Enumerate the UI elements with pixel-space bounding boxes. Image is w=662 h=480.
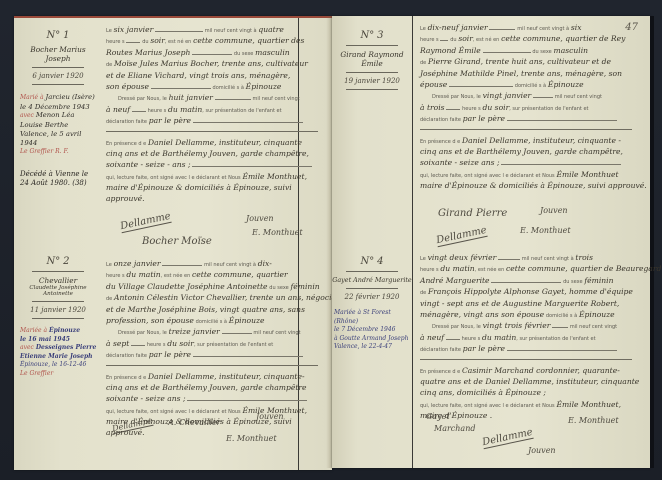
handwritten-child-name: André Marguerite — [420, 276, 490, 285]
printed-label: du sexe — [234, 51, 253, 57]
handwritten-hour: dix- — [258, 259, 272, 268]
margin-birth-date: 6 janvier 1920 — [18, 72, 98, 80]
left-page: N° 1 Bocher Marius Joseph 6 janvier 1920… — [14, 16, 332, 470]
margin-rule — [346, 72, 398, 73]
annotation-place: Épinouze — [49, 327, 80, 334]
printed-label: mil neuf cent vingt à — [205, 28, 257, 34]
handwritten-day: dix-neuf janvier — [428, 23, 488, 32]
handwritten-witnesses: cinq ans et de Barthélemy Jouven, garde … — [106, 149, 309, 158]
handwritten-father: Moïse Jules Marius Bocher, trente ans, c… — [114, 59, 308, 68]
annotation-clerk: Le Greffier — [20, 370, 98, 379]
handwritten-record-date: vingt trois février — [483, 321, 551, 330]
margin-birth-date: 22 février 1920 — [332, 293, 412, 301]
handwritten-closing: maire d'Épinouze & domiciliés à Épinouze… — [420, 181, 647, 190]
handwritten-declarant: par le père — [149, 116, 191, 125]
printed-label: déclaration faite — [106, 353, 147, 359]
printed-label: Dressé par Nous, le — [118, 330, 167, 336]
printed-label: heure s — [106, 39, 125, 45]
entry-1-signatures: Dellamme Bocher Moïse Jouven E. Monthuet — [106, 214, 318, 254]
entry-number: N° 3 — [332, 30, 412, 41]
handwritten-witnesses: soixante - seize ans ; — [106, 394, 186, 403]
handwritten-witnesses: Daniel Dellamme, instituteur, cinquante — [148, 138, 302, 147]
signature: E. Monthuet — [226, 434, 277, 443]
handwritten-witnesses: soixante - seize ans ; — [420, 158, 500, 167]
annotation-prefix: à — [334, 335, 338, 342]
annotation-label: Marié à — [20, 94, 44, 101]
handwritten-closing: approuvé. — [106, 194, 145, 203]
printed-label: , est né en — [165, 39, 192, 45]
printed-label: mil neuf cent vingt — [253, 330, 300, 336]
printed-label: mil neuf cent vingt à — [517, 26, 569, 32]
margin-entry-2: N° 2 Chevallier Claudette Joséphine Anto… — [18, 256, 98, 379]
margin-child-given-names: Claudette Joséphine Antoinette — [18, 285, 98, 297]
handwritten-mother: vingt - sept ans et de Augustine Marguer… — [420, 299, 619, 308]
handwritten-witnesses: Daniel Dellamme, instituteur, cinquante … — [462, 136, 621, 145]
handwritten-place: cette commune, quartier de Rey — [501, 34, 625, 43]
handwritten-day: vingt deux février — [428, 253, 497, 262]
handwritten-place: cette commune, quartier — [192, 270, 288, 279]
printed-label: du — [450, 37, 456, 43]
margin-rule — [346, 271, 398, 272]
printed-label: mil neuf cent vingt — [555, 94, 602, 100]
margin-child-surname: Chevallier — [18, 276, 98, 285]
margin-child-name: Girand Raymond Émile — [332, 50, 412, 68]
handwritten-record-period: du matin — [168, 105, 202, 114]
printed-label: heure s — [148, 108, 167, 114]
margin-birth-date: 11 janvier 1920 — [18, 306, 98, 314]
handwritten-record-date: huit janvier — [169, 93, 213, 102]
entry-2-body: Le onze janvier mil neuf cent vingt à di… — [106, 258, 318, 439]
signature: Jouven — [540, 206, 568, 215]
printed-label: heure s — [106, 273, 125, 279]
handwritten-record-date: treize janvier — [169, 327, 220, 336]
printed-label: domicilié s à — [196, 319, 227, 325]
printed-label: Le — [420, 26, 426, 32]
handwritten-relation: profession, son épouse — [106, 316, 194, 325]
handwritten-child-name: Routes Marius Joseph — [106, 48, 190, 57]
handwritten-mother: Joséphine Mathilde Pinel, trente ans, mé… — [420, 69, 622, 78]
entry-number: N° 1 — [18, 30, 98, 41]
handwritten-witnesses: cinq ans et de Barthélemy Jouven, garde … — [420, 147, 623, 156]
handwritten-record-hour: à sept — [106, 339, 129, 348]
margin-rule — [32, 318, 84, 319]
printed-label: Dressé par Nous, le — [432, 94, 481, 100]
handwritten-witnesses: soixante - seize - ans ; — [106, 160, 191, 169]
handwritten-sex: féminin — [291, 282, 320, 291]
printed-label: de — [420, 290, 426, 296]
margin-child-name: Bocher Marius Joseph — [18, 45, 98, 63]
entry-2-signatures: Dellamme A. Chevallier Jouven E. Monthue… — [106, 418, 318, 462]
annotation-label: Mariée à — [20, 327, 47, 334]
handwritten-witnesses: Daniel Dellamme, instituteur, cinquante- — [148, 372, 305, 381]
handwritten-declarant: par le père — [463, 114, 505, 123]
printed-label: déclaration faite — [420, 117, 461, 123]
margin-rule — [32, 301, 84, 302]
handwritten-record-hour: à neuf — [420, 333, 444, 342]
register-book: N° 1 Bocher Marius Joseph 6 janvier 1920… — [14, 16, 650, 468]
signature: Jouven — [246, 214, 274, 223]
annotation-label: Mariée à — [334, 309, 361, 316]
entry-4-signatures: Gayet Marchand Dellamme E. Monthuet Jouv… — [420, 410, 632, 466]
handwritten-mayor: Émile Monthuet — [556, 170, 618, 179]
printed-label: En présence d e — [106, 375, 146, 381]
annotation-place: Jarcieu (Isère) — [45, 93, 94, 101]
handwritten-domicile: Épinouze — [229, 316, 265, 325]
handwritten-mother: et de Eliane Vichard, vingt trois ans, m… — [106, 71, 290, 80]
marriage-annotation: Marié à Jarcieu (Isère) le 4 Décembre 19… — [18, 93, 98, 156]
handwritten-declarant: par le père — [149, 350, 191, 359]
signature: Jouven — [256, 412, 284, 421]
handwritten-mother: et de Marthe Joséphine Bois, vingt quatr… — [106, 305, 305, 314]
margin-rule — [346, 45, 398, 46]
printed-label: du sexe — [269, 285, 288, 291]
printed-label: de — [106, 62, 112, 68]
annotation-clerk: Le Greffier R. F. — [20, 148, 98, 157]
signature: Dellamme — [111, 416, 153, 434]
margin-rule — [32, 67, 84, 68]
printed-label: mil neuf cent vingt — [570, 324, 617, 330]
printed-label: heure s — [420, 267, 439, 273]
printed-label: heure s — [420, 37, 439, 43]
annotation-date: le 4 Décembre 1943 — [20, 103, 98, 112]
printed-label: En présence d e — [420, 139, 460, 145]
handwritten-period: du matin — [440, 264, 474, 273]
handwritten-witnesses: quatre ans et de Daniel Dellamme, instit… — [420, 377, 639, 386]
handwritten-record-period: du matin — [482, 333, 516, 342]
entry-number: N° 2 — [18, 256, 98, 267]
marriage-annotation: Mariée à St Forest (Rhône) le 7 Décembre… — [332, 309, 412, 352]
entry-3-signatures: Girand Pierre Dellamme Jouven E. Monthue… — [420, 202, 632, 252]
handwritten-period: du matin — [126, 270, 160, 279]
annotation-signature-line: Valence, le 22-4-47 — [334, 343, 412, 352]
printed-label: heure s — [462, 106, 481, 112]
margin-rule — [346, 288, 398, 289]
margin-entry-3: N° 3 Girand Raymond Émile 19 janvier 192… — [332, 30, 412, 94]
handwritten-domicile: Épinouze — [246, 82, 282, 91]
printed-label: du sexe — [563, 279, 582, 285]
printed-label: , est née en — [475, 267, 505, 273]
printed-label: , sur présentation de l'enfant et — [202, 108, 281, 114]
printed-label: Le — [420, 256, 426, 262]
handwritten-domicile: Épinouze — [548, 80, 584, 89]
handwritten-place: cette commune, quartier des — [193, 36, 304, 45]
handwritten-sex: masculin — [255, 48, 290, 57]
handwritten-relation: son épouse — [106, 82, 149, 91]
printed-label: , est née en — [161, 273, 191, 279]
printed-label: domicilié s à — [213, 85, 244, 91]
printed-label: Dressé par Nous, le — [432, 324, 481, 330]
printed-label: Le — [106, 262, 112, 268]
annotation-prefix: avec — [20, 112, 34, 119]
handwritten-relation: ménagère, vingt ans son épouse — [420, 310, 544, 319]
handwritten-father: Antonin Célestin Victor Chevallier, tren… — [114, 293, 344, 302]
margin-child-name: Gayet André Marguerite — [332, 276, 412, 284]
printed-label: déclaration faite — [106, 119, 147, 125]
handwritten-sex: masculin — [554, 46, 589, 55]
margin-entry-1: N° 1 Bocher Marius Joseph 6 janvier 1920… — [18, 30, 98, 188]
handwritten-hour: quatre — [258, 25, 283, 34]
annotation-prefix: avec — [20, 344, 34, 351]
margin-divider-line — [412, 16, 413, 468]
handwritten-child-name: du Village Claudette Joséphine Antoinett… — [106, 282, 268, 291]
entry-number: N° 4 — [332, 256, 412, 267]
handwritten-witnesses: Casimir Marchand cordonnier, quarante- — [462, 366, 620, 375]
handwritten-relation: épouse — [420, 80, 447, 89]
margin-rule — [346, 89, 398, 90]
handwritten-record-date: vingt janvier — [483, 91, 532, 100]
printed-label: mil neuf cent vingt à — [204, 262, 256, 268]
printed-label: qui, lecture faite, ont signé avec l e d… — [420, 403, 555, 409]
printed-label: qui, lecture faite, ont signé avec l e d… — [420, 173, 555, 179]
printed-label: heure s — [147, 342, 166, 348]
handwritten-mayor: Émile Monthuet, — [242, 172, 307, 181]
signature: Girand Pierre — [438, 208, 507, 219]
signature: E. Monthuet — [252, 228, 303, 237]
signature: Dellamme — [435, 225, 488, 247]
signature: Dellamme — [119, 211, 172, 233]
entry-1-body: Le six janvier mil neuf cent vingt à qua… — [106, 24, 318, 205]
handwritten-declarant: par le père — [463, 344, 505, 353]
handwritten-closing: maire d'Épinouze & domiciliés à Épinouze… — [106, 183, 292, 192]
marriage-annotation: Mariée à Épinouze le 16 mai 1945 avec De… — [18, 327, 98, 379]
handwritten-hour: trois — [575, 253, 593, 262]
printed-label: domicilié s à — [546, 313, 577, 319]
handwritten-hour: six — [571, 23, 582, 32]
printed-label: domicilié s à — [515, 83, 546, 89]
death-annotation: Décédé à Vienne le 24 Août 1980. (38) — [18, 170, 98, 188]
printed-label: mil neuf cent vingt — [253, 96, 300, 102]
printed-label: Dressé par Nous, le — [118, 96, 167, 102]
printed-label: qui, lecture faite, ont signé avec l e d… — [106, 409, 241, 415]
printed-label: En présence d e — [106, 141, 146, 147]
printed-label: , sur présentation de l'enfant et — [194, 342, 273, 348]
signature: Bocher Moïse — [142, 236, 212, 247]
handwritten-sex: féminin — [584, 276, 613, 285]
handwritten-day: onze janvier — [114, 259, 161, 268]
handwritten-record-hour: à neuf — [106, 105, 130, 114]
handwritten-day: six janvier — [114, 25, 154, 34]
printed-label: qui, lecture faite, ont signé avec l e d… — [106, 175, 241, 181]
margin-rule — [32, 84, 84, 85]
printed-label: du sexe — [532, 49, 551, 55]
entry-4-body: Le vingt deux février mil neuf cent ving… — [420, 252, 632, 421]
signature: Marchand — [434, 424, 475, 433]
handwritten-domicile: Épinouze — [579, 310, 615, 319]
handwritten-period: soir — [150, 36, 165, 45]
margin-rule — [32, 271, 84, 272]
signature: A. Chevallier — [168, 418, 220, 427]
entry-3-body: Le dix-neuf janvier mil neuf cent vingt … — [420, 22, 632, 191]
handwritten-witnesses: cinq ans et de Barthélemy Jouven, garde … — [106, 383, 307, 392]
handwritten-place: cette commune, quartier de Beauregard — [506, 264, 661, 273]
margin-birth-date: 19 janvier 1920 — [332, 77, 412, 85]
printed-label: de — [420, 60, 426, 66]
printed-label: de — [106, 296, 112, 302]
signature: Dellamme — [481, 427, 534, 449]
printed-label: mil neuf cent vingt à — [522, 256, 574, 262]
annotation-date: le 16 mai 1945 — [20, 336, 98, 345]
signature: Gayet — [426, 412, 450, 421]
printed-label: , est né en — [473, 37, 500, 43]
handwritten-mayor: Émile Monthuet, — [556, 400, 621, 409]
annotation-signature-line: Épinouze, le 16-12-46 — [20, 361, 98, 370]
handwritten-record-hour: à trois — [420, 103, 445, 112]
handwritten-period: soir — [458, 34, 473, 43]
signature: E. Monthuet — [568, 416, 619, 425]
margin-entry-4: N° 4 Gayet André Marguerite 22 février 1… — [332, 256, 412, 352]
page-edge — [650, 16, 654, 468]
annotation-signature-line: Valence, le 5 avril 1944 — [20, 130, 98, 147]
right-page: 47 N° 3 Girand Raymond Émile 19 janvier … — [332, 16, 650, 468]
handwritten-child-name: Raymond Émile — [420, 46, 481, 55]
printed-label: , sur présentation de l'enfant et — [509, 106, 588, 112]
death-note-ref: (38) — [72, 179, 86, 187]
annotation-date: le 7 Décembre 1946 — [334, 326, 412, 335]
signature: E. Monthuet — [520, 226, 571, 235]
handwritten-record-period: du soir — [483, 103, 510, 112]
handwritten-witnesses: cinq ans, domiciliés à Épinouze ; — [420, 388, 546, 397]
signature: Jouven — [528, 446, 556, 455]
printed-label: déclaration faite — [420, 347, 461, 353]
printed-label: , sur présentation de l'enfant et — [516, 336, 595, 342]
annotation-spouse: Goutte Armand Joseph — [340, 335, 409, 342]
printed-label: Le — [106, 28, 112, 34]
printed-label: du — [142, 39, 148, 45]
printed-label: heure s — [462, 336, 481, 342]
handwritten-record-period: du soir — [167, 339, 194, 348]
printed-label: En présence d e — [420, 369, 460, 375]
handwritten-father: Pierre Girand, trente huit ans, cultivat… — [428, 57, 611, 66]
handwritten-father: François Hippolyte Alphonse Gayet, homme… — [428, 287, 633, 296]
